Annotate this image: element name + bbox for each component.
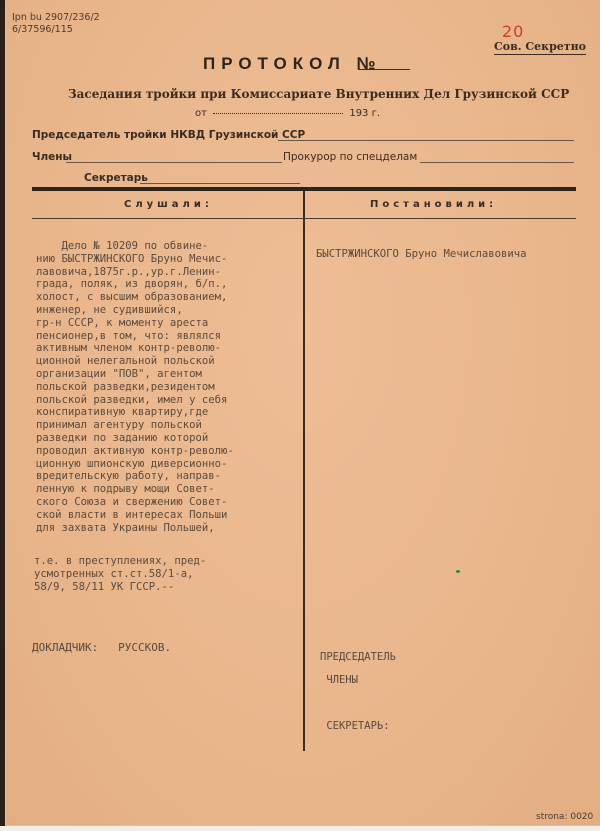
archive-id-line-1: Ipn bu 2907/236/2 <box>12 12 100 24</box>
prosecutor-blank <box>420 162 574 163</box>
date-blank <box>213 113 343 114</box>
text-line: Дело № 10209 по обвине- <box>36 240 234 253</box>
text-line: разведки по заданию которой <box>36 432 234 445</box>
secretary-label: Секретарь <box>84 172 148 184</box>
text-line: польской разведки,резидентом <box>36 381 234 394</box>
archive-reference: Ipn bu 2907/236/2 6/37596/115 <box>12 12 100 36</box>
text-line: т.е. в преступлениях, пред- <box>34 555 206 568</box>
text-line: ционную шпионскую диверсионно- <box>36 458 234 471</box>
chairman-label: Председатель тройки НКВД Грузинской ССР <box>32 129 305 141</box>
column-divider <box>303 191 305 751</box>
date-prefix: от <box>195 108 207 119</box>
date-suffix: г. <box>372 108 380 119</box>
charges-text: т.е. в преступлениях, пред-усмотренных с… <box>34 555 206 593</box>
text-line: холост, с высшим образованием, <box>36 291 234 304</box>
scan-page-number: strona: 0020 <box>536 812 593 822</box>
column-decided-heading: Постановили: <box>370 199 497 210</box>
text-line: ционной нелегальной польской <box>36 355 234 368</box>
chairman-blank <box>278 140 574 141</box>
text-line: усмотренных ст.ст.58/1-а, <box>34 568 206 581</box>
signature-block: ПРЕДСЕДАТЕЛЬ ЧЛЕНЫ СЕКРЕТАРЬ: <box>320 646 396 738</box>
text-line: принимал агентуру польской <box>36 419 234 432</box>
archive-id-line-2: 6/37596/115 <box>12 24 100 36</box>
text-line: града, поляк, из дворян, б/п., <box>36 278 234 291</box>
secretary-blank <box>140 183 300 184</box>
date-year: 193 <box>349 108 368 119</box>
ink-mark <box>456 570 460 573</box>
text-line <box>320 692 396 715</box>
text-line: конспиративную квартиру,где <box>36 406 234 419</box>
classification-stamp: Сов. Секретно <box>494 40 586 55</box>
protocol-subtitle: Заседания тройки при Комиссариате Внутре… <box>68 87 569 101</box>
reporter-line: ДОКЛАДЧИК: РУССКОВ. <box>32 642 171 655</box>
text-line: активным членом контр-револю- <box>36 342 234 355</box>
text-line: пенсионер,в том, что: являлся <box>36 330 234 343</box>
date-line: от 193 г. <box>195 108 380 119</box>
text-line: 58/9, 58/11 УК ГССР.-- <box>34 581 206 594</box>
text-line: организации "ПОВ", агентом <box>36 368 234 381</box>
text-line: ского Союза и свержению Совет- <box>36 496 234 509</box>
protocol-title: ПРОТОКОЛ № <box>203 54 382 74</box>
members-blank <box>66 162 282 163</box>
text-line: для захвата Украины Польшей, <box>36 522 234 535</box>
scan-left-edge <box>0 0 5 831</box>
case-description: Дело № 10209 по обвине-нию БЫСТРЖИНСКОГО… <box>36 240 234 534</box>
text-line: СЕКРЕТАРЬ: <box>320 715 396 738</box>
text-line: инженер, не судившийся, <box>36 304 234 317</box>
protocol-number-blank <box>358 69 410 70</box>
text-line: лавовича,1875г.р.,ур.г.Ленин- <box>36 266 234 279</box>
text-line: проводил активную контр-револю- <box>36 445 234 458</box>
prosecutor-label: Прокурор по спецделам <box>283 151 417 163</box>
column-heard-heading: Слушали: <box>124 199 213 210</box>
text-line: вредительскую работу, направ- <box>36 470 234 483</box>
column-heading-rule <box>32 218 576 219</box>
text-line: нию БЫСТРЖИНСКОГО Бруно Мечис- <box>36 253 234 266</box>
handwritten-page-number: 20 <box>502 22 524 41</box>
text-line: гр-н СССР, к моменту ареста <box>36 317 234 330</box>
text-line: польской разведки, имел у себя <box>36 394 234 407</box>
text-line: ской власти в интересах Польши <box>36 509 234 522</box>
text-line: ПРЕДСЕДАТЕЛЬ <box>320 646 396 669</box>
decision-text: БЫСТРЖИНСКОГО Бруно Мечиславовича <box>316 248 526 261</box>
text-line: ленную к подрыву мощи Совет- <box>36 483 234 496</box>
text-line: ЧЛЕНЫ <box>320 669 396 692</box>
scan-bottom-edge <box>0 826 600 831</box>
